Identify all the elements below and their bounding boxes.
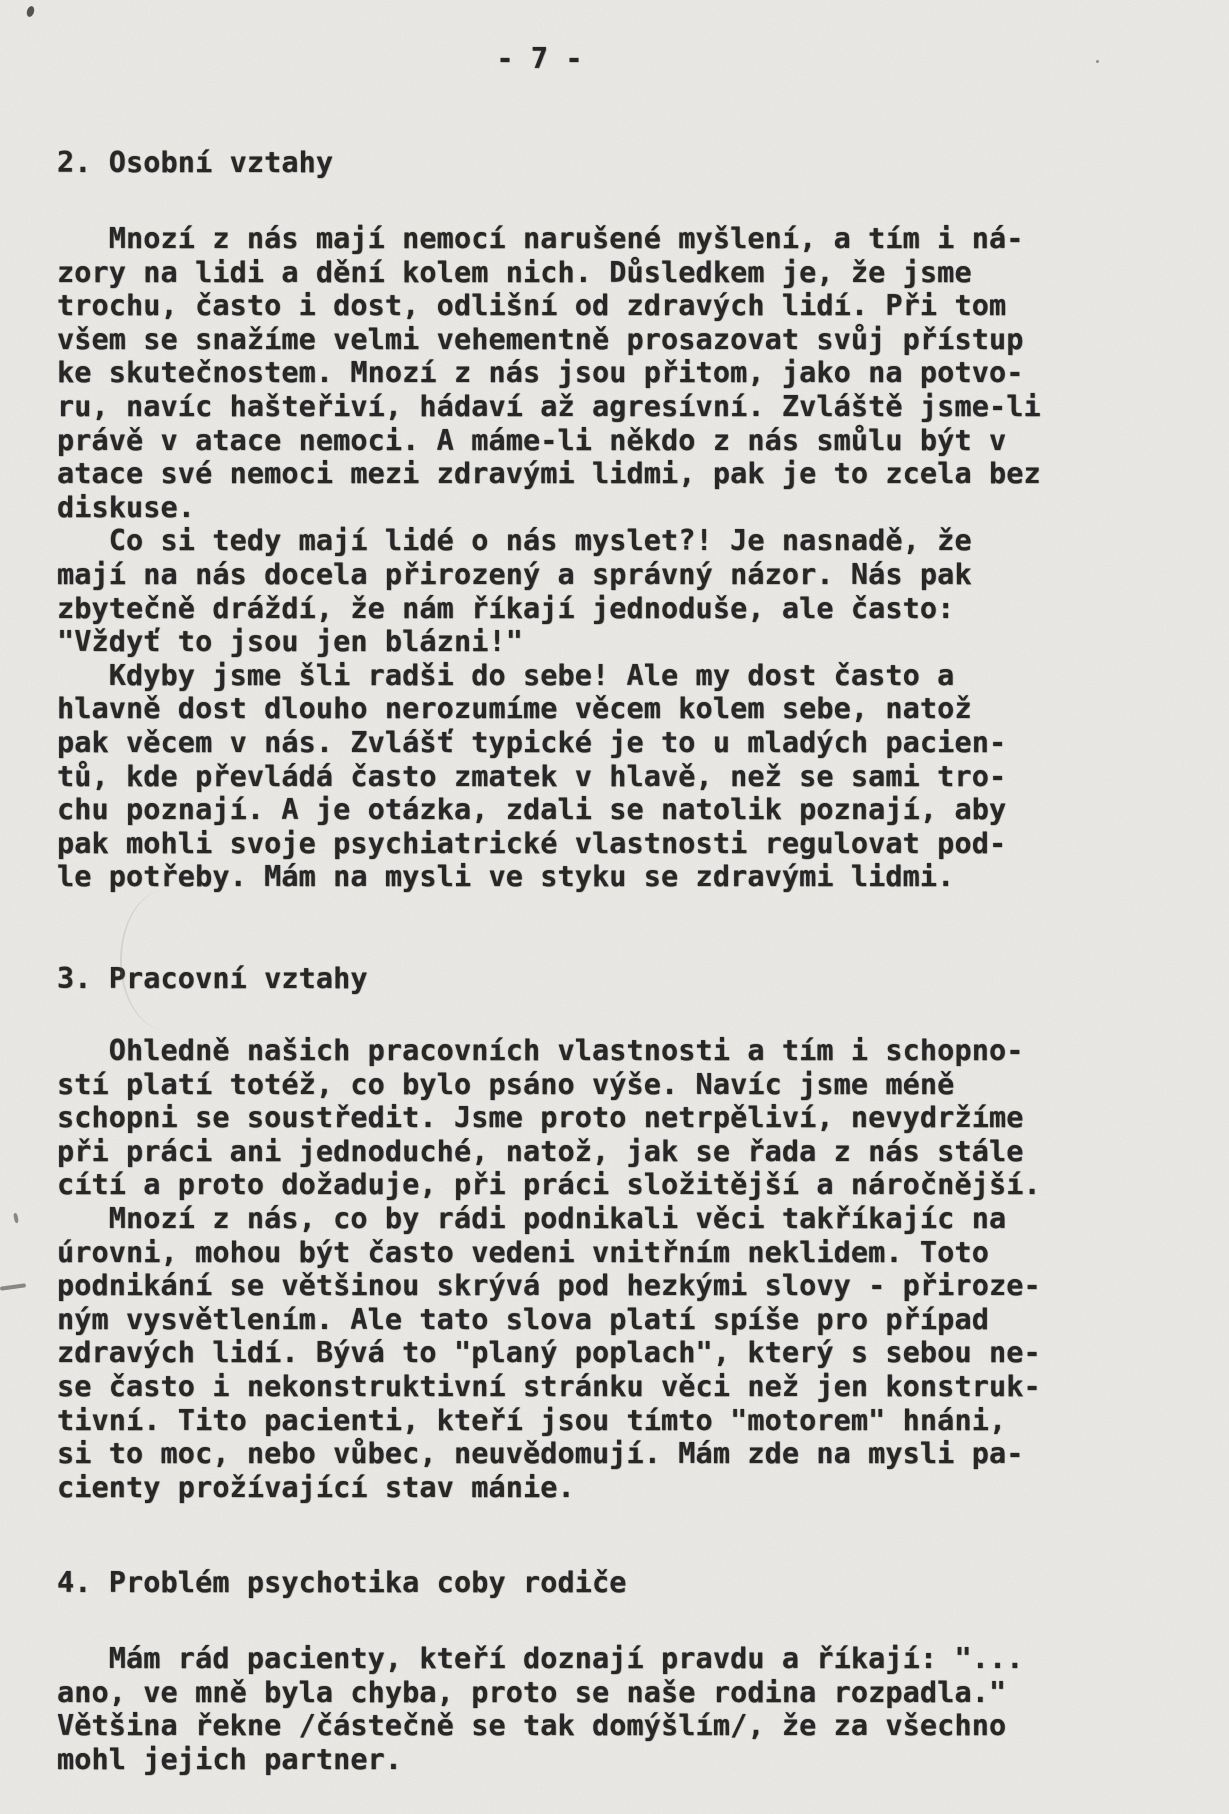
section-body-osobni-vztahy: Mnozí z nás mají nemocí narušené myšlení…: [57, 222, 1117, 894]
scan-speck: [1096, 60, 1099, 63]
scan-margin-mark: [0, 1283, 26, 1291]
section-heading-osobni-vztahy: 2. Osobní vztahy: [57, 146, 1117, 186]
section-heading-problem-psychotika: 4. Problém psychotika coby rodiče: [57, 1566, 1117, 1606]
section-heading-pracovni-vztahy: 3. Pracovní vztahy: [57, 962, 1117, 1002]
section-body-problem-psychotika: Mám rád pacienty, kteří doznají pravdu a…: [57, 1642, 1117, 1776]
scan-speck: [25, 5, 35, 18]
page-number: - 7 -: [57, 42, 1022, 76]
section-body-pracovni-vztahy: Ohledně našich pracovních vlastnosti a t…: [57, 1034, 1117, 1504]
scanned-typewritten-page: - 7 - 2. Osobní vztahy Mnozí z nás mají …: [0, 0, 1229, 1814]
scan-speck: [13, 1213, 19, 1224]
scan-smudge: [120, 890, 212, 1030]
